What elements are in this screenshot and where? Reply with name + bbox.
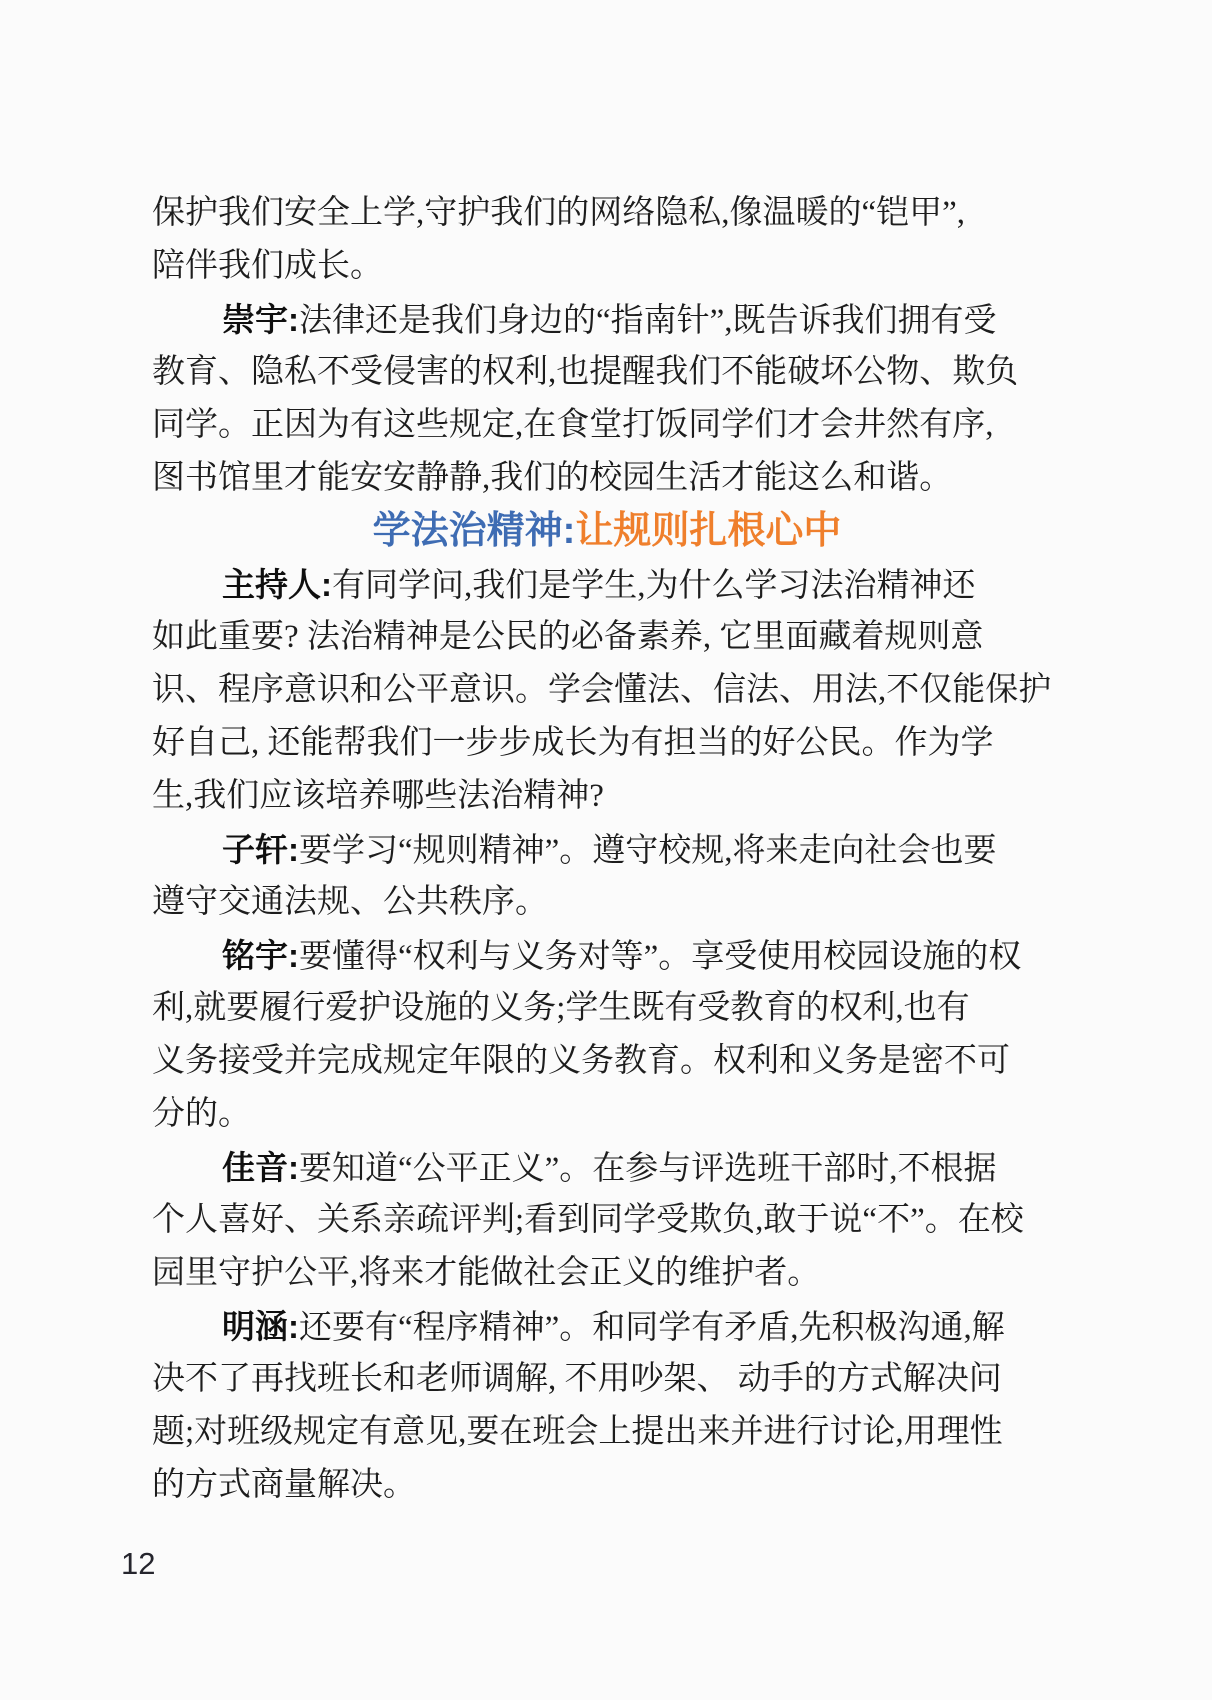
speaker-name: 子轩:: [222, 831, 299, 868]
text-line: 教育、隐私不受侵害的权利,也提醒我们不能破坏公物、欺负: [152, 346, 1062, 399]
section-heading: 学法治精神:让规则扎根心中: [152, 505, 1062, 558]
text-line: 图书馆里才能安安静静,我们的校园生活才能这么和谐。: [152, 452, 1062, 505]
text-line: 同学。正因为有这些规定,在食堂打饭同学们才会井然有序,: [152, 399, 1062, 452]
heading-blue-text: 学法治精神:: [373, 510, 576, 552]
text-line: 分的。: [152, 1088, 1062, 1141]
text-line: 决不了再找班长和老师调解, 不用吵架、 动手的方式解决问: [152, 1353, 1062, 1406]
text-line: 识、程序意识和公平意识。学会懂法、信法、用法,不仅能保护: [152, 664, 1062, 717]
speaker-name: 铭宇:: [222, 937, 299, 974]
text-line: 义务接受并完成规定年限的义务教育。权利和义务是密不可: [152, 1035, 1062, 1088]
text-line: 明涵:还要有“程序精神”。和同学有矛盾,先积极沟通,解: [152, 1300, 1062, 1353]
text-line: 园里守护公平,将来才能做社会正义的维护者。: [152, 1247, 1062, 1300]
text-line: 保护我们安全上学,守护我们的网络隐私,像温暖的“铠甲”,: [152, 187, 1062, 240]
text-line: 的方式商量解决。: [152, 1459, 1062, 1512]
text-line: 子轩:要学习“规则精神”。遵守校规,将来走向社会也要: [152, 823, 1062, 876]
text-line: 佳音:要知道“公平正义”。在参与评选班干部时,不根据: [152, 1141, 1062, 1194]
text-line: 利,就要履行爱护设施的义务;学生既有受教育的权利,也有: [152, 982, 1062, 1035]
text-line: 个人喜好、关系亲疏评判;看到同学受欺负,敢于说“不”。在校: [152, 1194, 1062, 1247]
text-line: 如此重要? 法治精神是公民的必备素养, 它里面藏着规则意: [152, 611, 1062, 664]
speaker-name: 佳音:: [222, 1149, 299, 1186]
page-content: 保护我们安全上学,守护我们的网络隐私,像温暖的“铠甲”,陪伴我们成长。崇宇:法律…: [152, 187, 1062, 1512]
speaker-name: 明涵:: [222, 1308, 299, 1345]
text-line: 陪伴我们成长。: [152, 240, 1062, 293]
text-line: 崇宇:法律还是我们身边的“指南针”,既告诉我们拥有受: [152, 293, 1062, 346]
document-page: 保护我们安全上学,守护我们的网络隐私,像温暖的“铠甲”,陪伴我们成长。崇宇:法律…: [0, 0, 1212, 1700]
speaker-name: 崇宇:: [222, 301, 299, 338]
text-line: 主持人:有同学问,我们是学生,为什么学习法治精神还: [152, 558, 1062, 611]
text-line: 遵守交通法规、公共秩序。: [152, 876, 1062, 929]
speaker-name: 主持人:: [222, 566, 332, 603]
text-line: 铭宇:要懂得“权利与义务对等”。享受使用校园设施的权: [152, 929, 1062, 982]
text-line: 生,我们应该培养哪些法治精神?: [152, 770, 1062, 823]
text-line: 好自己, 还能帮我们一步步成长为有担当的好公民。作为学: [152, 717, 1062, 770]
text-line: 题;对班级规定有意见,要在班会上提出来并进行讨论,用理性: [152, 1406, 1062, 1459]
page-number: 12: [121, 1546, 155, 1582]
heading-orange-text: 让规则扎根心中: [575, 510, 841, 552]
